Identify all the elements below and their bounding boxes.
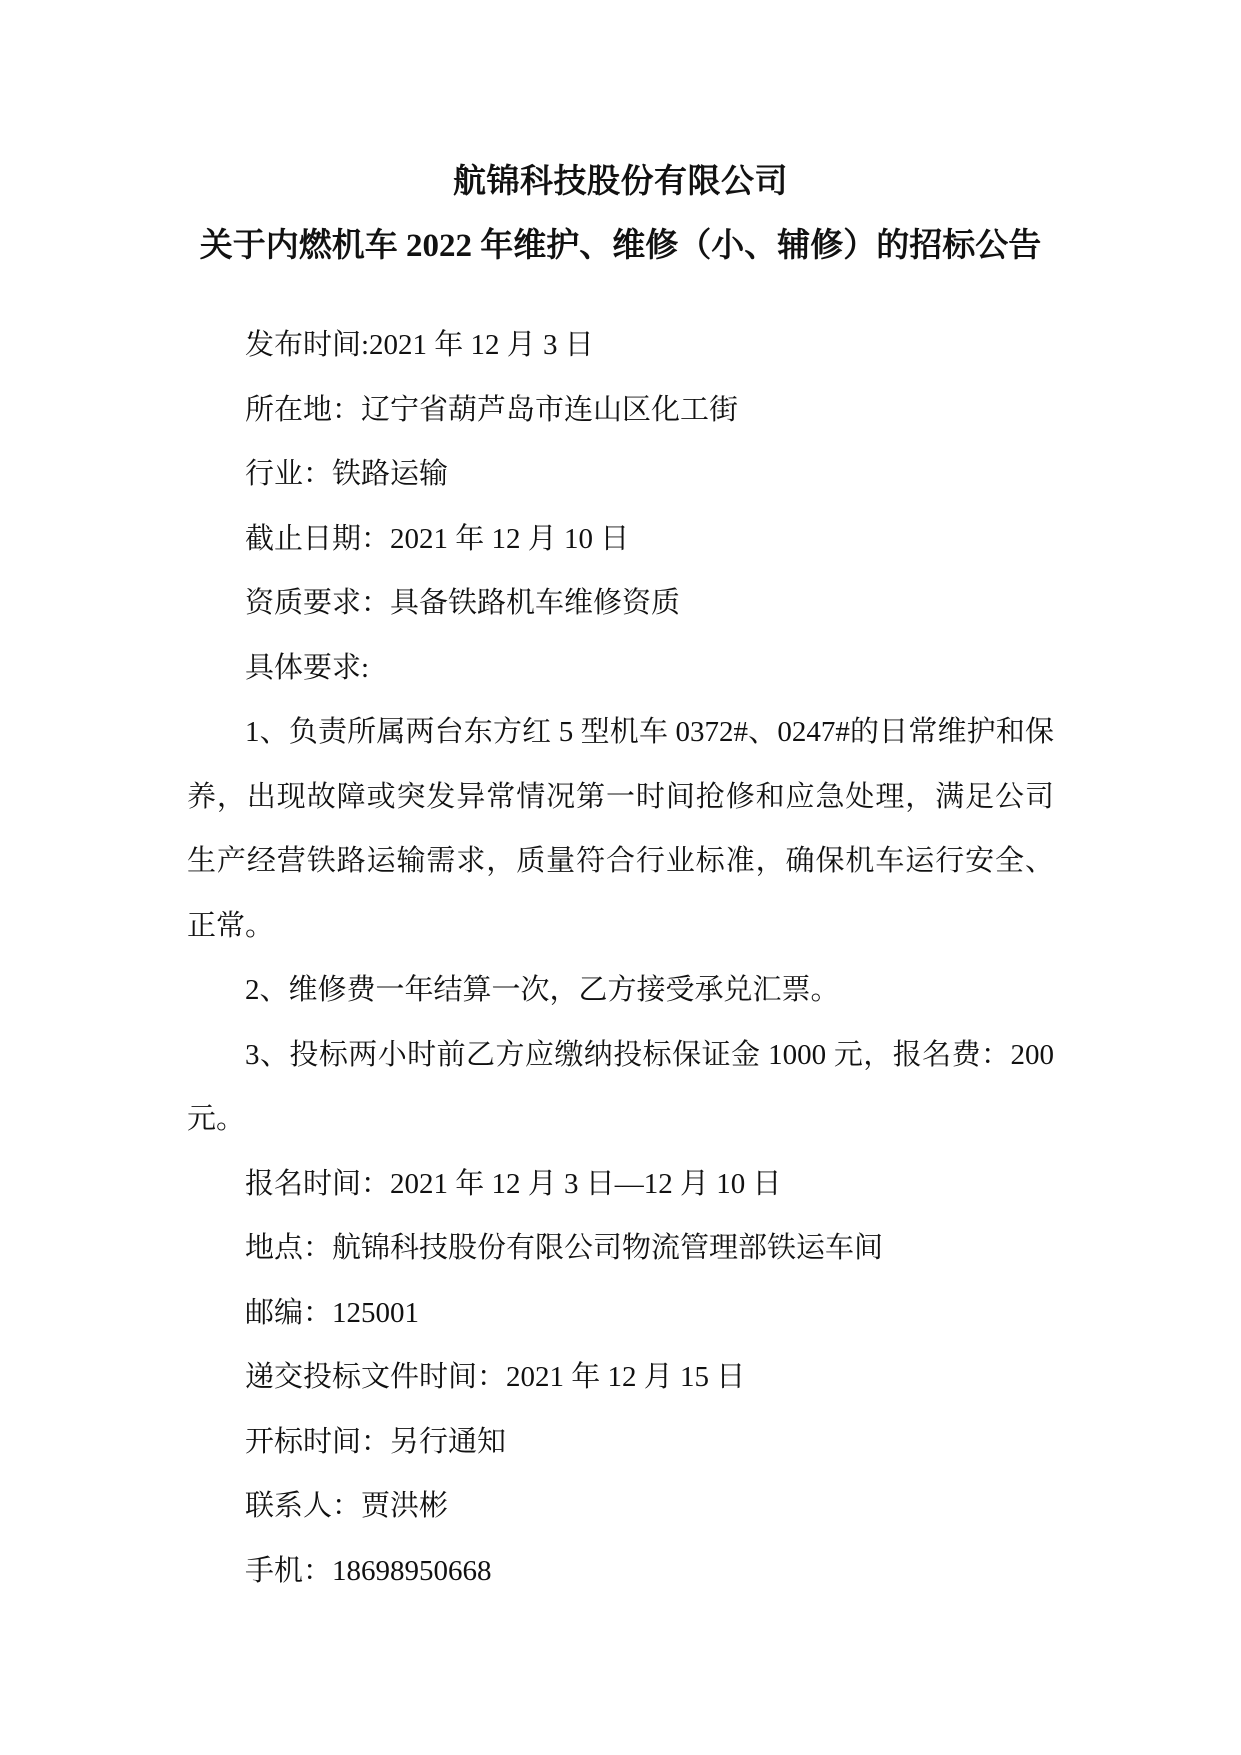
paragraph-location: 所在地：辽宁省葫芦岛市连山区化工街 — [187, 378, 1054, 443]
paragraph-requirement-3: 3、投标两小时前乙方应缴纳投标保证金 1000 元，报名费：200 元。 — [187, 1023, 1054, 1152]
document-subtitle: 关于内燃机车 2022 年维护、维修（小、辅修）的招标公告 — [187, 214, 1054, 278]
paragraph-mobile-phone: 手机：18698950668 — [187, 1539, 1054, 1604]
paragraph-publish-time: 发布时间:2021 年 12 月 3 日 — [187, 313, 1054, 378]
paragraph-signup-time: 报名时间：2021 年 12 月 3 日—12 月 10 日 — [187, 1152, 1054, 1217]
document-title: 航锦科技股份有限公司 — [187, 150, 1054, 214]
document-page: 航锦科技股份有限公司 关于内燃机车 2022 年维护、维修（小、辅修）的招标公告… — [0, 0, 1241, 1755]
document-body: 发布时间:2021 年 12 月 3 日 所在地：辽宁省葫芦岛市连山区化工街 行… — [187, 313, 1054, 1603]
paragraph-contact-person: 联系人：贾洪彬 — [187, 1474, 1054, 1539]
paragraph-opening-time: 开标时间：另行通知 — [187, 1410, 1054, 1475]
paragraph-industry: 行业：铁路运输 — [187, 442, 1054, 507]
paragraph-deadline: 截止日期：2021 年 12 月 10 日 — [187, 507, 1054, 572]
paragraph-postcode: 邮编：125001 — [187, 1281, 1054, 1346]
paragraph-requirements-heading: 具体要求: — [187, 636, 1054, 701]
paragraph-qualification: 资质要求：具备铁路机车维修资质 — [187, 571, 1054, 636]
paragraph-requirement-1: 1、负责所属两台东方红 5 型机车 0372#、0247#的日常维护和保养，出现… — [187, 700, 1054, 958]
paragraph-requirement-2: 2、维修费一年结算一次，乙方接受承兑汇票。 — [187, 958, 1054, 1023]
paragraph-submission-time: 递交投标文件时间：2021 年 12 月 15 日 — [187, 1345, 1054, 1410]
paragraph-address: 地点：航锦科技股份有限公司物流管理部铁运车间 — [187, 1216, 1054, 1281]
